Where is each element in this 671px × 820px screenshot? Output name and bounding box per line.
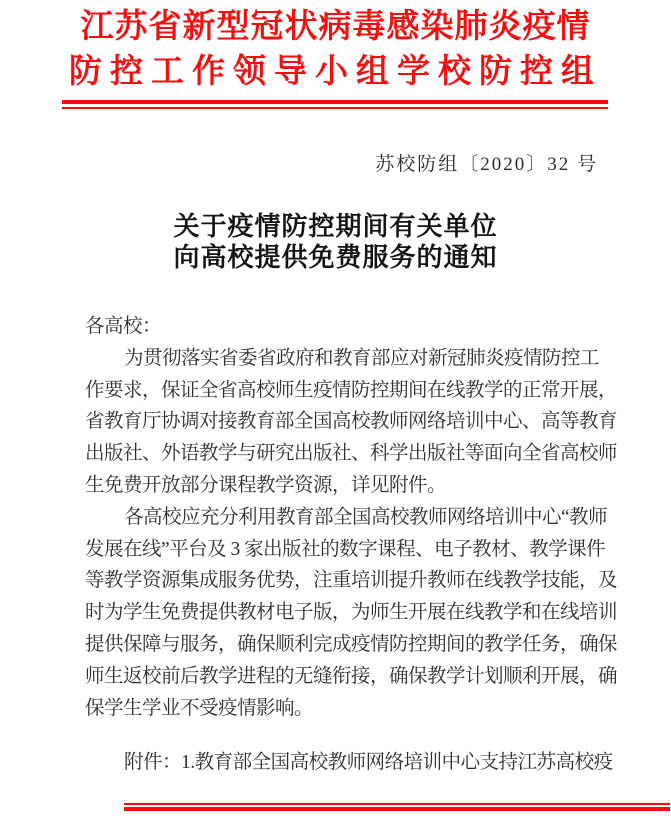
- salutation: 各高校：: [85, 311, 611, 343]
- body-text-line: 为贯彻落实省委省政府和教育部应对新冠肺炎疫情防控工: [85, 343, 611, 375]
- body-text-line: 生免费开放部分课程教学资源，详见附件。: [85, 470, 611, 502]
- footer-thick-bar: [124, 807, 670, 811]
- document-number: 苏校防组〔2020〕32 号: [0, 149, 671, 176]
- document-title-line1: 关于疫情防控期间有关单位: [0, 211, 671, 242]
- body-text-line: 省教育厅协调对接教育部全国高校教师网络培训中心、高等教育: [85, 406, 611, 438]
- attachment-reference: 附件：1.教育部全国高校教师网络培训中心支持江苏高校疫: [85, 747, 611, 779]
- body-paragraph-2: 各高校应充分利用教育部全国高校教师网络培训中心“教师发展在线”平台及 3 家出版…: [85, 502, 611, 725]
- document-body: 各高校： 为贯彻落实省委省政府和教育部应对新冠肺炎疫情防控工作要求，保证全省高校…: [85, 311, 611, 779]
- body-text-line: 作要求，保证全省高校师生疫情防控期间在线教学的正常开展，: [85, 375, 611, 407]
- letterhead-divider-rule: [62, 100, 608, 109]
- body-text-line: 提供保障与服务，确保顺利完成疫情防控期间的教学任务，确保: [85, 629, 611, 661]
- body-text-line: 发展在线”平台及 3 家出版社的数字课程、电子教材、教学课件: [85, 534, 611, 566]
- body-text-line: 各高校应充分利用教育部全国高校教师网络培训中心“教师: [85, 502, 611, 534]
- body-text-line: 师生返校前后教学进程的无缝衔接，确保教学计划顺利开展，确: [85, 661, 611, 693]
- document-title-line2: 向高校提供免费服务的通知: [0, 242, 671, 273]
- body-paragraph-1: 为贯彻落实省委省政府和教育部应对新冠肺炎疫情防控工作要求，保证全省高校师生疫情防…: [85, 343, 611, 502]
- body-text-line: 等教学资源集成服务优势，注重培训提升教师在线教学技能，及: [85, 565, 611, 597]
- official-document-page: 江苏省新型冠状病毒感染肺炎疫情 防控工作领导小组学校防控组 苏校防组〔2020〕…: [0, 0, 671, 820]
- footer-divider-rule: [124, 803, 670, 811]
- document-title: 关于疫情防控期间有关单位 向高校提供免费服务的通知: [0, 211, 671, 273]
- letterhead-org-name-line1: 江苏省新型冠状病毒感染肺炎疫情: [0, 5, 671, 50]
- letterhead: 江苏省新型冠状病毒感染肺炎疫情 防控工作领导小组学校防控组: [0, 0, 671, 94]
- body-text-line: 时为学生免费提供教材电子版，为师生开展在线教学和在线培训: [85, 597, 611, 629]
- divider-thin-bar: [62, 107, 608, 109]
- body-text-line: 保学生学业不受疫情影响。: [85, 693, 611, 725]
- body-text-line: 出版社、外语教学与研究出版社、科学出版社等面向全省高校师: [85, 438, 611, 470]
- letterhead-org-name-line2: 防控工作领导小组学校防控组: [0, 50, 671, 94]
